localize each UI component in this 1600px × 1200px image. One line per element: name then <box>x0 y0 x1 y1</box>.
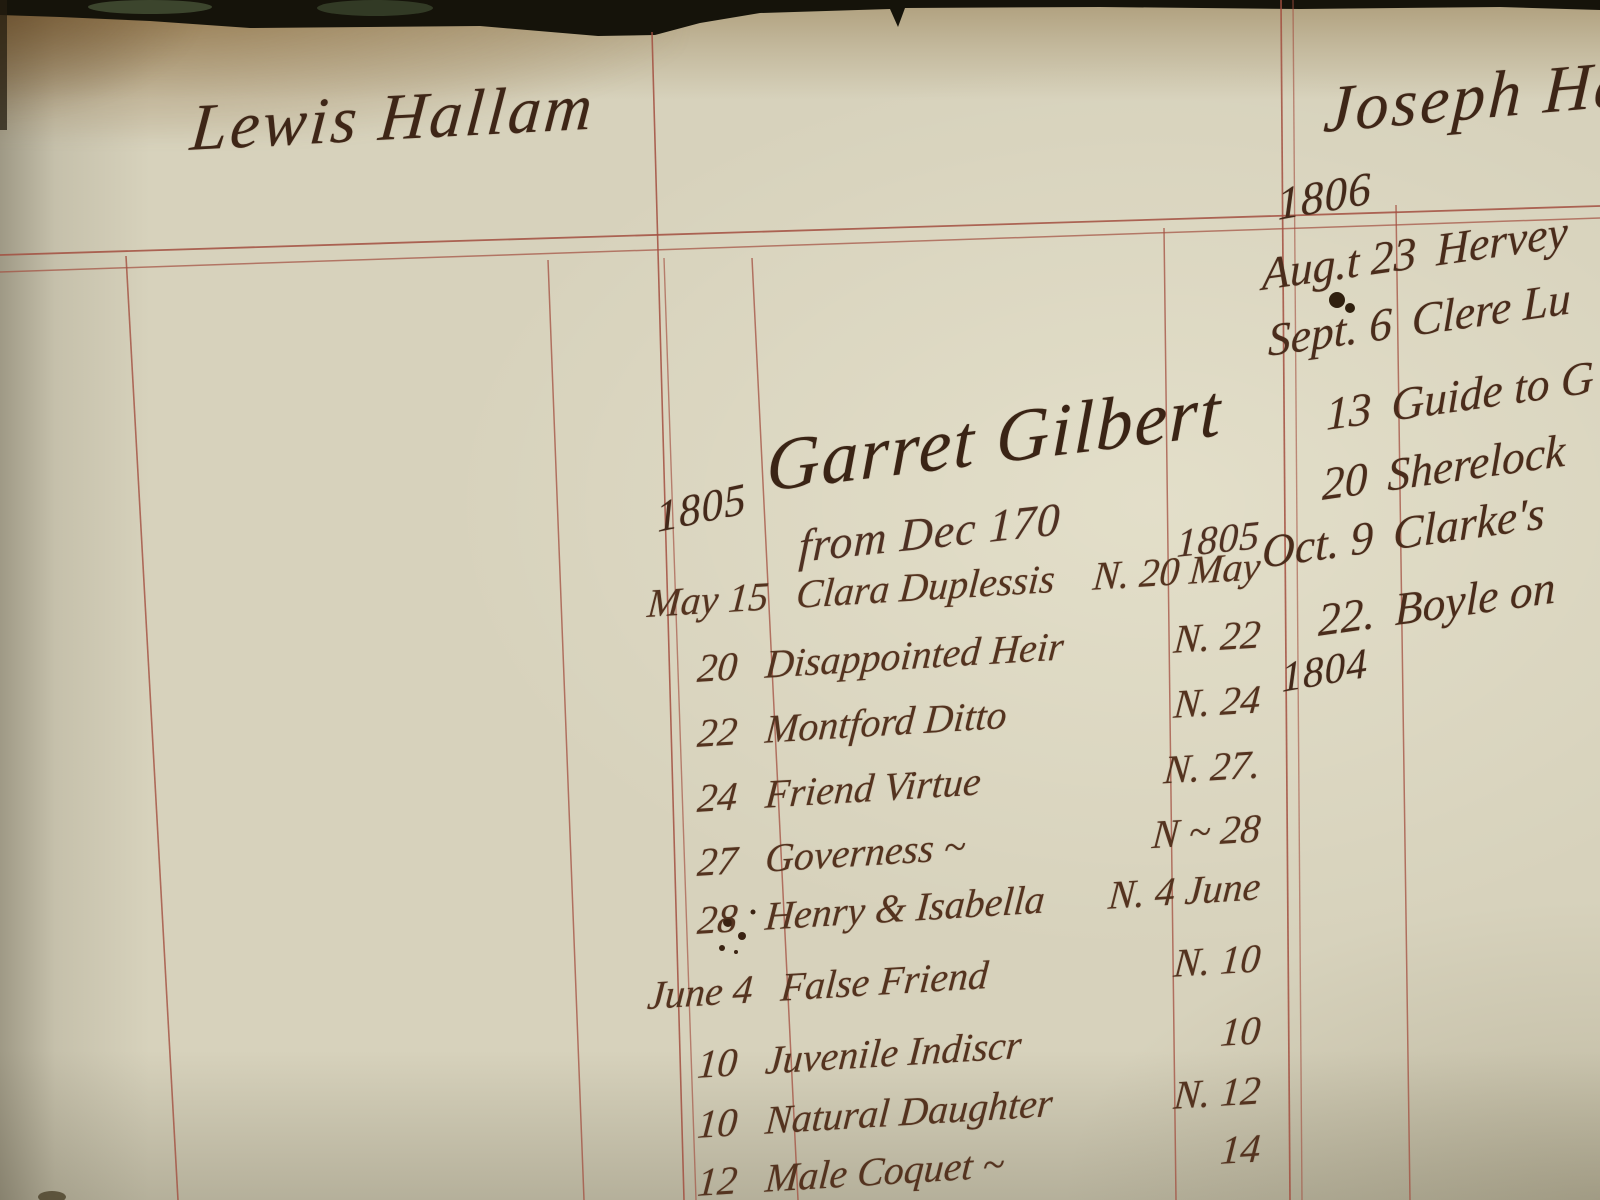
entry-date: 24 <box>646 775 767 822</box>
book-cover-edge <box>0 0 1600 36</box>
entry-date: 22 <box>646 710 767 757</box>
entry-date: 28 <box>646 897 767 944</box>
entry-number: N ~ 28 <box>1131 808 1262 856</box>
cover-moss-patch <box>88 0 212 14</box>
entry-date: 12 <box>646 1159 767 1200</box>
page-edge-shadow <box>0 0 7 130</box>
entry-number: N. 12 <box>1152 1070 1262 1117</box>
entry-number: 10 <box>1199 1010 1262 1054</box>
rule-vertical-2 <box>548 260 584 1200</box>
entry-date: 27 <box>646 839 767 886</box>
entry-date: 10 <box>646 1041 767 1088</box>
entry-number: N. 4 June <box>1087 866 1262 917</box>
corner-speck <box>38 1191 66 1200</box>
entry-number: N. 22 <box>1152 614 1262 661</box>
entry-date: June 4 <box>646 968 782 1016</box>
entry-date: 22. <box>1318 590 1375 644</box>
ledger-page-photo: Lewis Hallam Joseph Ha 1805 Garret Gilbe… <box>0 0 1600 1200</box>
rule-vertical-7 <box>1396 205 1410 1200</box>
entry-number: N. 10 <box>1152 938 1262 985</box>
cover-moss-patch <box>317 0 433 16</box>
entry-number: N. 27. <box>1142 744 1262 791</box>
entry-number: N. 24 <box>1152 679 1262 726</box>
entry-date: 13 <box>1326 385 1372 438</box>
rule-vertical-left-margin <box>126 256 178 1200</box>
entry-date: 10 <box>646 1101 767 1148</box>
entry-date: 20 <box>1322 455 1368 508</box>
entry-number: 14 <box>1199 1128 1262 1172</box>
entry-date: 20 <box>646 645 767 692</box>
